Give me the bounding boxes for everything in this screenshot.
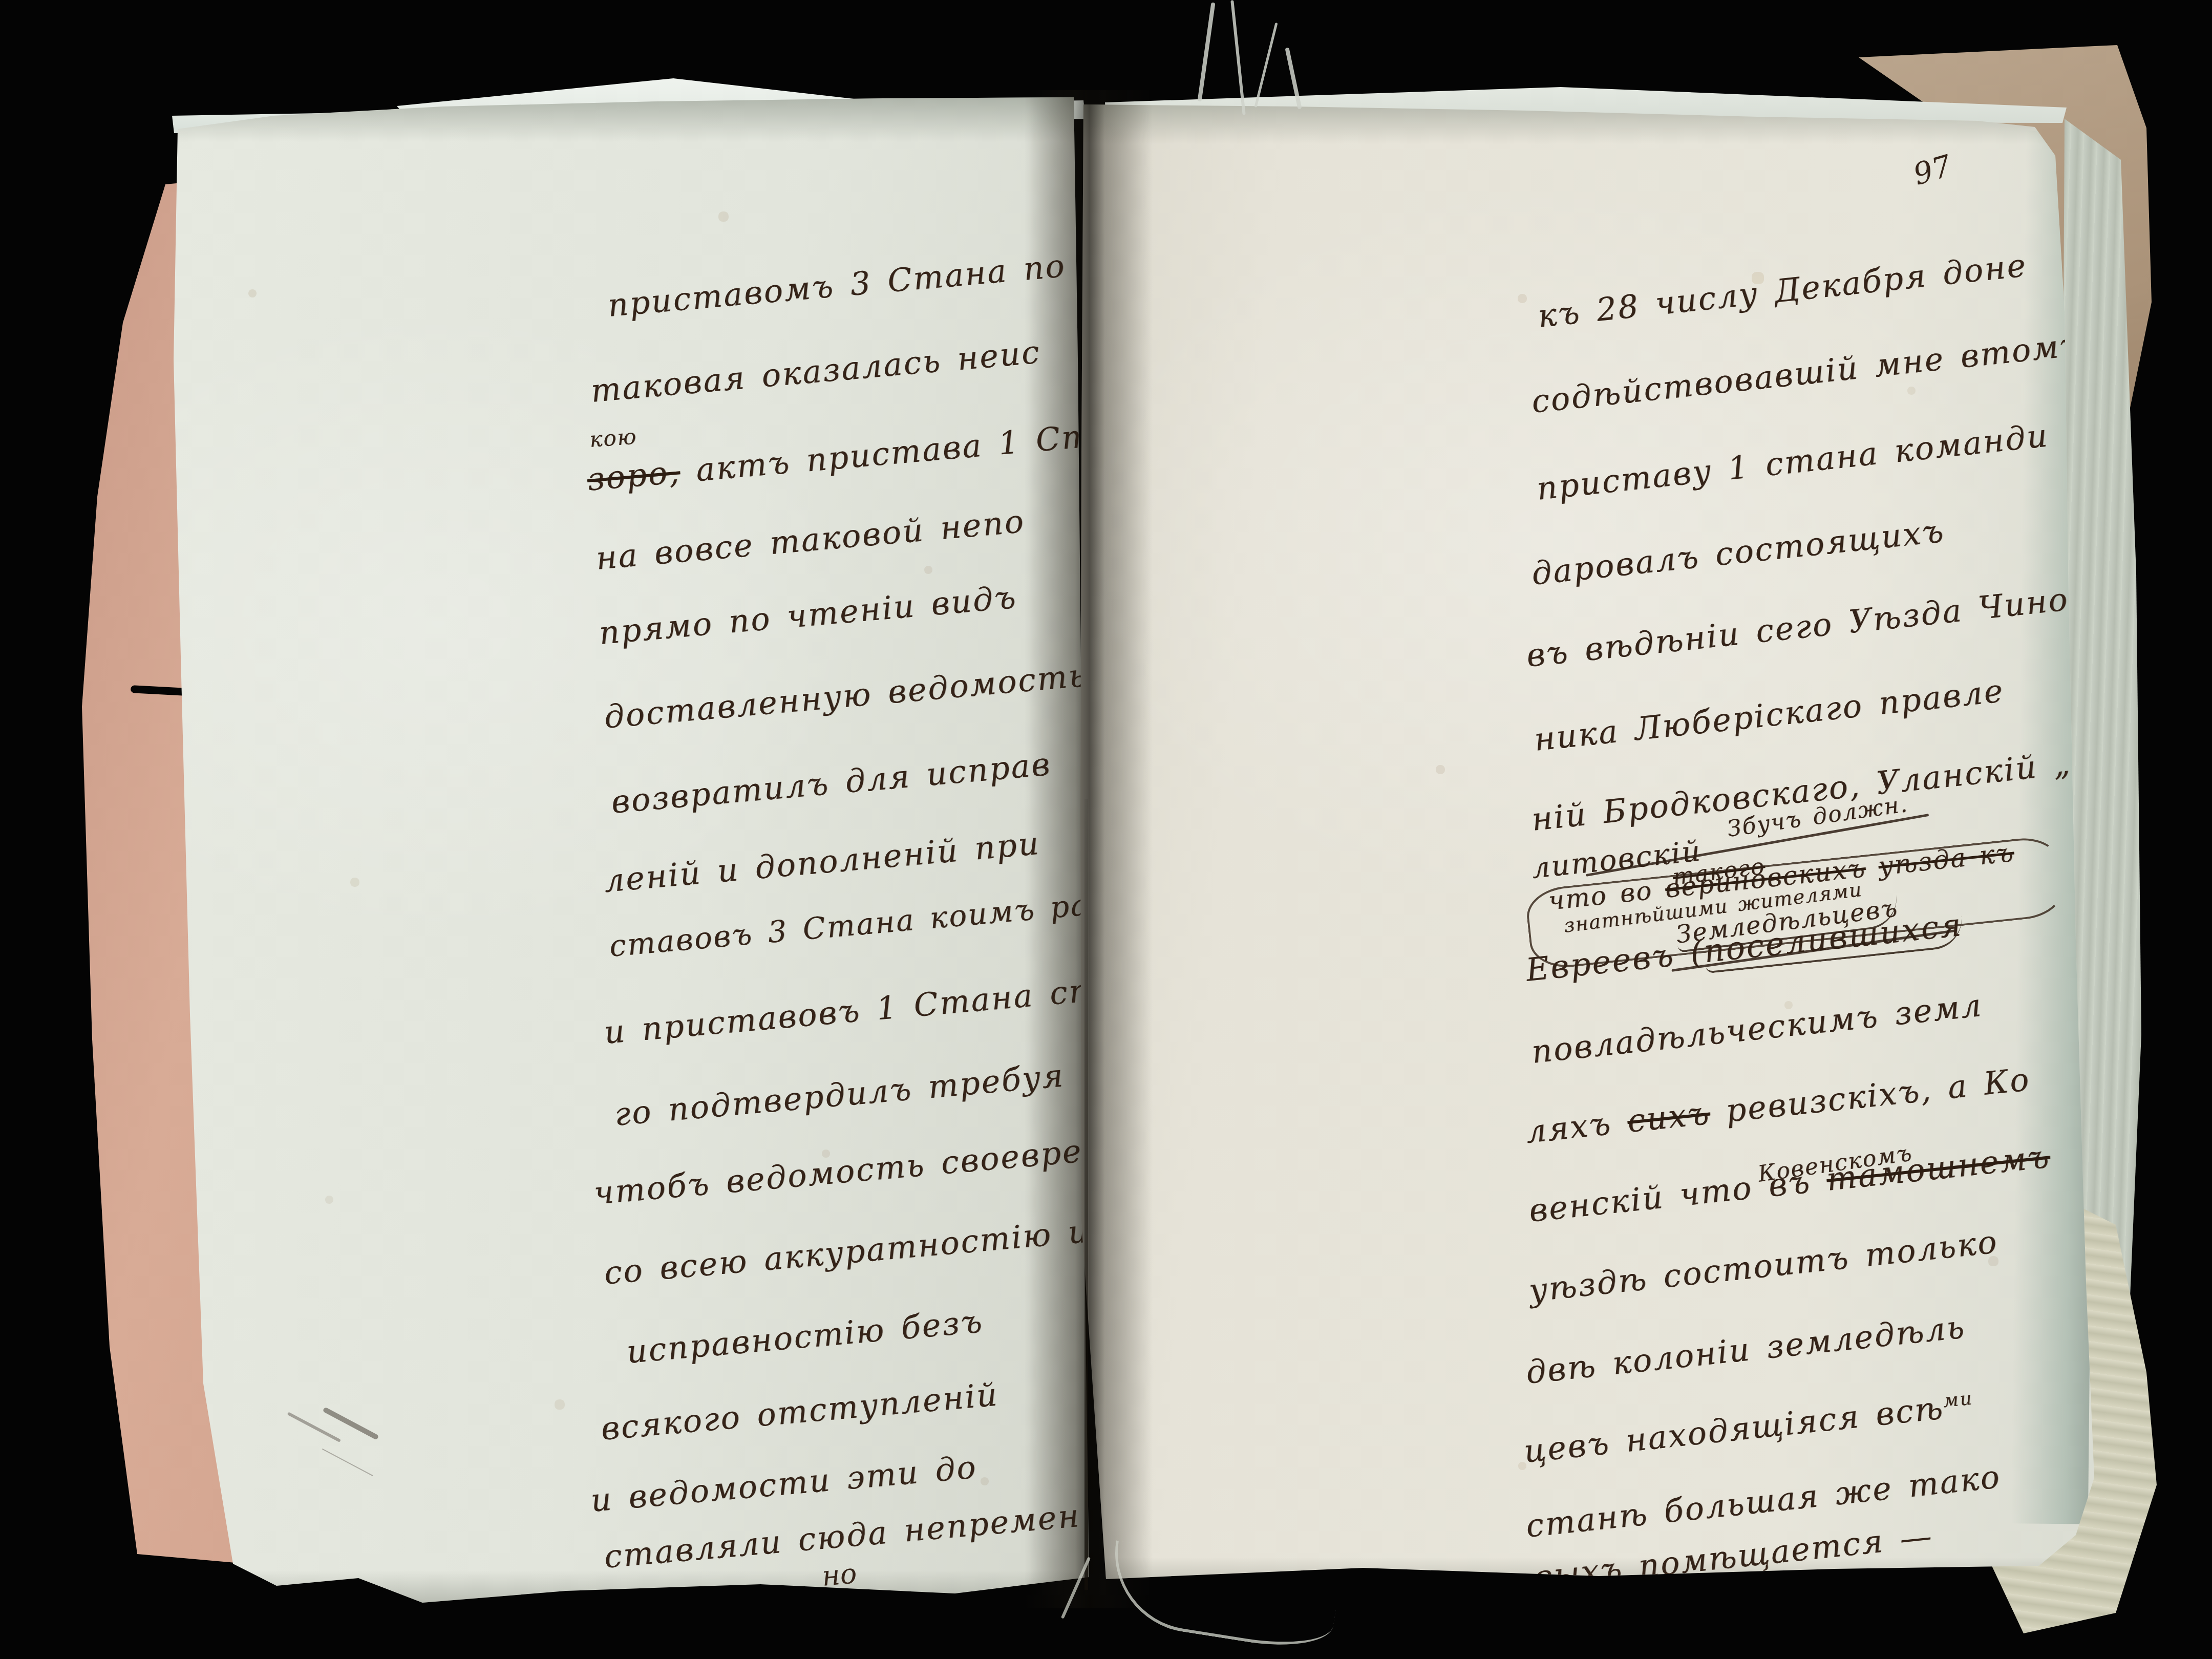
handwriting-line: даровалъ состоящихъ: [1529, 512, 1946, 592]
struck-text: сихъ: [1625, 1094, 1712, 1140]
handwriting-line: кою: [589, 424, 638, 452]
handwritten-text: ми: [1942, 1388, 1974, 1412]
handwriting-line: приставу 1 стана команди: [1535, 416, 2050, 507]
handwritten-text: содѣйствовавшiй мне втомъ: [1529, 325, 2084, 420]
handwriting-line: въ вѣдѣнiи сего Уѣзда Чинов: [1524, 578, 2090, 674]
handwritten-text: приставу 1 стана команди: [1535, 416, 2050, 507]
handwriting-line: къ 28 числу Декабря доне: [1536, 246, 2029, 335]
handwriting-line: уѣздѣ состоитъ только: [1527, 1223, 2000, 1309]
handwritten-text: го подтвердилъ требуя: [613, 1056, 1066, 1133]
handwriting-line: на вовсе таковой непо: [594, 502, 1027, 577]
handwriting-line: всякого отступленiй: [600, 1375, 1000, 1448]
foxing-specks: [1306, 215, 1309, 218]
handwritten-text: даровалъ состоящихъ: [1529, 512, 1946, 592]
handwritten-text: и ведомости эти до: [589, 1448, 979, 1519]
handwritten-text: повладѣльческимъ земл: [1529, 986, 1984, 1071]
handwritten-text: кою: [589, 424, 638, 452]
handwriting-line: содѣйствовавшiй мне втомъ: [1529, 325, 2084, 420]
handwriting-line: со всею аккуратностiю и: [603, 1212, 1092, 1292]
handwritten-text: ника Люберiскаго правле: [1532, 672, 2006, 758]
photo-background: { "scene": { "background_color": "#04040…: [0, 0, 2212, 1659]
handwriting-line: ляхъ сихъ ревизскiхъ, а Ко: [1524, 1060, 2032, 1151]
catchword: но: [820, 1557, 858, 1592]
handwriting-line: и ведомости эти до: [589, 1448, 979, 1519]
handwritten-text: венскiй что въ: [1527, 1161, 1828, 1229]
handwritten-text: прямо по чтенiи видъ: [598, 578, 1018, 652]
handwritten-text: со всею аккуратностiю и: [603, 1212, 1092, 1292]
handwritten-text: ленiй и дополненiй при: [603, 824, 1041, 900]
handwritten-text: исправностiю безъ: [625, 1302, 985, 1371]
foxing-specks: [220, 169, 223, 172]
binding-thread-top: [1230, 0, 1245, 115]
handwriting-line: ника Люберiскаго правле: [1532, 672, 2006, 758]
handwriting-line: го подтвердилъ требуя: [613, 1056, 1066, 1133]
left-page-handwriting: приставомъ 3 Стана по какътаковая оказал…: [156, 93, 1096, 1606]
handwritten-text: уѣздѣ состоитъ только: [1527, 1223, 2000, 1309]
handwriting-line: повладѣльческимъ земл: [1529, 986, 1984, 1071]
handwriting-line: двѣ колонiи земледѣль: [1524, 1308, 1967, 1391]
handwriting-line: прямо по чтенiи видъ: [598, 578, 1018, 652]
handwritten-text: ляхъ: [1524, 1103, 1629, 1151]
handwritten-text: двѣ колонiи земледѣль: [1524, 1308, 1967, 1391]
left-page: приставомъ 3 Стана по какътаковая оказал…: [156, 93, 1096, 1606]
handwritten-text: возвратилъ для исправ: [610, 745, 1053, 821]
binding-thread-top: [1197, 2, 1215, 101]
handwriting-line: цевъ находящiяся всѣми: [1522, 1386, 1975, 1470]
handwriting-line: возвратилъ для исправ: [610, 745, 1053, 821]
handwriting-line: ленiй и дополненiй при: [603, 824, 1041, 900]
handwritten-text: къ 28 числу Декабря доне: [1536, 246, 2029, 335]
handwritten-text: таковая оказалась неис: [589, 333, 1043, 410]
struck-text: зоро,: [586, 453, 682, 498]
binding-thread-top: [1254, 23, 1278, 108]
handwriting-line: таковая оказалась неис: [589, 333, 1043, 410]
handwritten-text: въ вѣдѣнiи сего Уѣзда Чинов: [1524, 578, 2090, 674]
binding-gutter-shadow: [1024, 90, 1152, 1608]
binding-gutter-seam: [1084, 799, 1088, 1590]
handwritten-text: всякого отступленiй: [600, 1375, 1000, 1448]
handwritten-text: доставленную ведомость: [603, 656, 1089, 736]
handwriting-line: исправностiю безъ: [625, 1302, 985, 1371]
right-page: 97 къ 28 числу Декабря донесодѣйствовавш…: [1076, 95, 2123, 1593]
handwritten-text: цевъ находящiяся всѣ: [1522, 1389, 1946, 1470]
handwriting-line: доставленную ведомость: [603, 656, 1089, 736]
handwritten-text: на вовсе таковой непо: [594, 502, 1027, 577]
handwritten-text: ревизскiхъ, а Ко: [1708, 1060, 2032, 1131]
handwriting-line: венскiй что въ тамошнемъ: [1527, 1137, 2052, 1229]
